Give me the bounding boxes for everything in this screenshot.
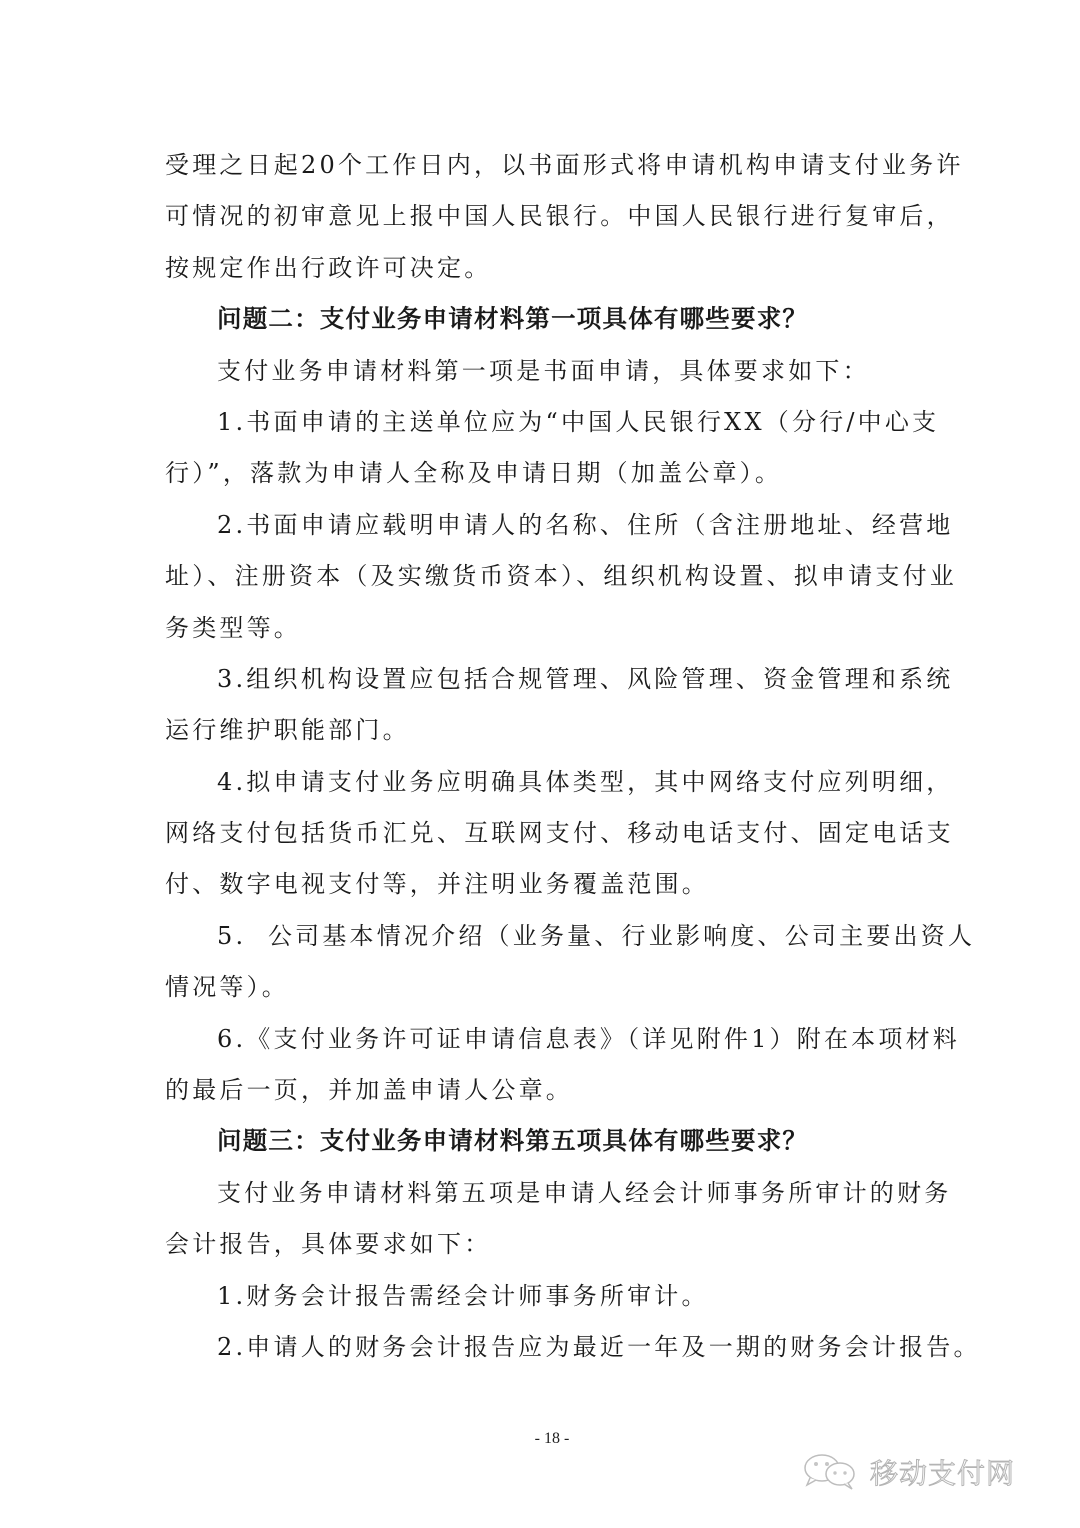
text-line: 情况等）。 (165, 964, 917, 1015)
text-line: 行）”，落款为申请人全称及申请日期（加盖公章）。 (165, 450, 917, 501)
question-heading: 问题二：支付业务申请材料第一项具体有哪些要求？ (165, 296, 917, 347)
list-item: 5. 公司基本情况介绍（业务量、行业影响度、公司主要出资人 (165, 913, 917, 964)
text-line: 支付业务申请材料第一项是书面申请，具体要求如下： (165, 348, 917, 399)
text-line: 的最后一页，并加盖申请人公章。 (165, 1067, 917, 1118)
page-number: - 18 - (0, 1430, 1080, 1448)
text-line: 运行维护职能部门。 (165, 707, 917, 758)
text-line: 网络支付包括货币汇兑、互联网支付、移动电话支付、固定电话支 (165, 810, 917, 861)
question-heading: 问题三：支付业务申请材料第五项具体有哪些要求？ (165, 1118, 917, 1169)
watermark: 移动支付网 (800, 1452, 1015, 1492)
text-line: 址）、注册资本（及实缴货币资本）、组织机构设置、拟申请支付业 (165, 553, 917, 604)
list-item: 1.书面申请的主送单位应为“中国人民银行XX（分行/中心支 (165, 399, 917, 450)
text-line: 按规定作出行政许可决定。 (165, 245, 917, 296)
list-item: 4.拟申请支付业务应明确具体类型，其中网络支付应列明细， (165, 759, 917, 810)
document-body: 受理之日起20个工作日内，以书面形式将申请机构申请支付业务许 可情况的初审意见上… (165, 142, 917, 1375)
text-line: 付、数字电视支付等，并注明业务覆盖范围。 (165, 861, 917, 912)
list-item: 2.申请人的财务会计报告应为最近一年及一期的财务会计报告。 (165, 1324, 917, 1375)
list-item: 6.《支付业务许可证申请信息表》（详见附件1）附在本项材料 (165, 1016, 917, 1067)
list-item: 1.财务会计报告需经会计师事务所审计。 (165, 1273, 917, 1324)
text-line: 支付业务申请材料第五项是申请人经会计师事务所审计的财务 (165, 1170, 917, 1221)
watermark-text: 移动支付网 (870, 1452, 1015, 1492)
text-line: 受理之日起20个工作日内，以书面形式将申请机构申请支付业务许 (165, 142, 917, 193)
text-line: 务类型等。 (165, 605, 917, 656)
text-line: 可情况的初审意见上报中国人民银行。中国人民银行进行复审后， (165, 193, 917, 244)
text-line: 会计报告，具体要求如下： (165, 1221, 917, 1272)
wechat-icon (800, 1452, 864, 1492)
list-item: 2.书面申请应载明申请人的名称、住所（含注册地址、经营地 (165, 502, 917, 553)
document-page: 受理之日起20个工作日内，以书面形式将申请机构申请支付业务许 可情况的初审意见上… (0, 0, 1080, 1528)
list-item: 3.组织机构设置应包括合规管理、风险管理、资金管理和系统 (165, 656, 917, 707)
